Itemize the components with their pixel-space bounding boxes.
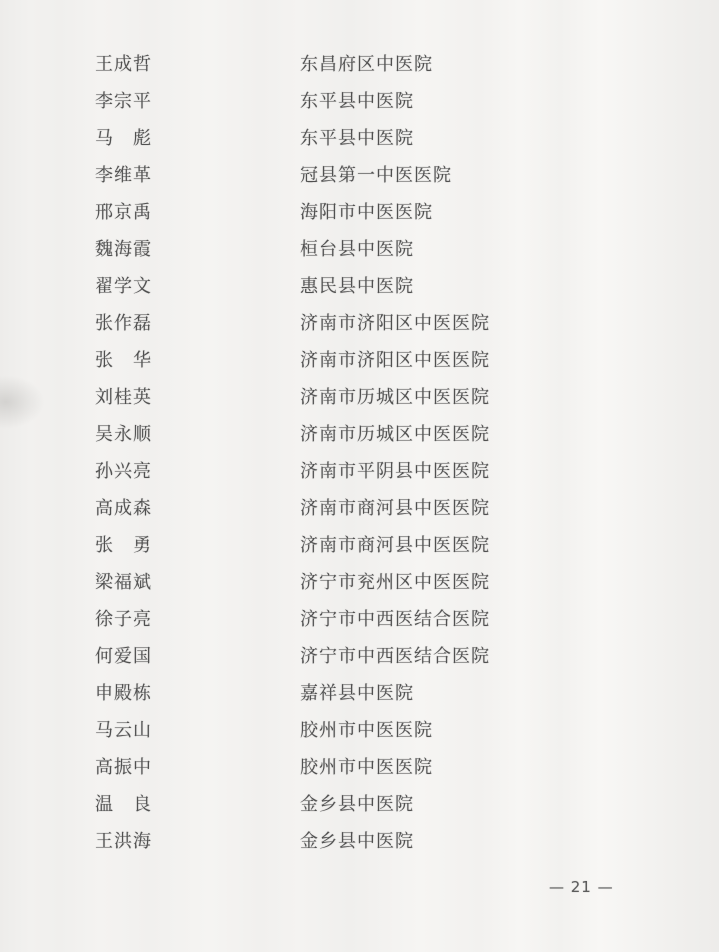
person-name: 张作磊	[95, 309, 300, 335]
hospital-name: 嘉祥县中医院	[300, 679, 719, 705]
table-row: 翟学文 惠民县中医院	[0, 266, 719, 303]
hospital-name: 冠县第一中医医院	[300, 161, 719, 187]
hospital-name: 济南市商河县中医医院	[300, 494, 719, 520]
table-row: 张 华 济南市济阳区中医医院	[0, 340, 719, 377]
table-row: 温 良 金乡县中医院	[0, 784, 719, 821]
table-row: 李维革 冠县第一中医医院	[0, 155, 719, 192]
person-name: 申殿栋	[95, 679, 300, 705]
person-name: 李维革	[95, 161, 300, 187]
person-name: 张 勇	[95, 531, 300, 557]
table-row: 徐子亮 济宁市中西医结合医院	[0, 599, 719, 636]
hospital-name: 济南市济阳区中医医院	[300, 346, 719, 372]
person-name: 刘桂英	[95, 383, 300, 409]
scanned-document-page: 王成哲 东昌府区中医院 李宗平 东平县中医院 马 彪 东平县中医院 李维革 冠县…	[0, 0, 719, 952]
person-name: 高振中	[95, 753, 300, 779]
person-name: 何爱国	[95, 642, 300, 668]
table-row: 邢京禹 海阳市中医医院	[0, 192, 719, 229]
hospital-name: 济南市济阳区中医医院	[300, 309, 719, 335]
hospital-name: 桓台县中医院	[300, 235, 719, 261]
name-hospital-list: 王成哲 东昌府区中医院 李宗平 东平县中医院 马 彪 东平县中医院 李维革 冠县…	[0, 44, 719, 858]
person-name: 梁福斌	[95, 568, 300, 594]
table-row: 马 彪 东平县中医院	[0, 118, 719, 155]
person-name: 魏海霞	[95, 235, 300, 261]
table-row: 何爱国 济宁市中西医结合医院	[0, 636, 719, 673]
table-row: 张 勇 济南市商河县中医医院	[0, 525, 719, 562]
hospital-name: 济南市商河县中医医院	[300, 531, 719, 557]
hospital-name: 惠民县中医院	[300, 272, 719, 298]
page-number: — 21 —	[549, 878, 614, 896]
table-row: 王洪海 金乡县中医院	[0, 821, 719, 858]
table-row: 李宗平 东平县中医院	[0, 81, 719, 118]
person-name: 温 良	[95, 790, 300, 816]
table-row: 刘桂英 济南市历城区中医医院	[0, 377, 719, 414]
hospital-name: 济南市历城区中医医院	[300, 420, 719, 446]
table-row: 马云山 胶州市中医医院	[0, 710, 719, 747]
hospital-name: 金乡县中医院	[300, 827, 719, 853]
hospital-name: 东平县中医院	[300, 124, 719, 150]
table-row: 申殿栋 嘉祥县中医院	[0, 673, 719, 710]
hospital-name: 胶州市中医医院	[300, 753, 719, 779]
hospital-name: 东昌府区中医院	[300, 50, 719, 76]
person-name: 马云山	[95, 716, 300, 742]
table-row: 梁福斌 济宁市兖州区中医医院	[0, 562, 719, 599]
person-name: 吴永顺	[95, 420, 300, 446]
person-name: 马 彪	[95, 124, 300, 150]
hospital-name: 胶州市中医医院	[300, 716, 719, 742]
hospital-name: 济南市平阴县中医医院	[300, 457, 719, 483]
person-name: 高成森	[95, 494, 300, 520]
hospital-name: 海阳市中医医院	[300, 198, 719, 224]
person-name: 孙兴亮	[95, 457, 300, 483]
person-name: 翟学文	[95, 272, 300, 298]
person-name: 张 华	[95, 346, 300, 372]
table-row: 王成哲 东昌府区中医院	[0, 44, 719, 81]
table-row: 孙兴亮 济南市平阴县中医医院	[0, 451, 719, 488]
hospital-name: 济南市历城区中医医院	[300, 383, 719, 409]
hospital-name: 济宁市中西医结合医院	[300, 605, 719, 631]
hospital-name: 济宁市兖州区中医医院	[300, 568, 719, 594]
person-name: 邢京禹	[95, 198, 300, 224]
table-row: 高振中 胶州市中医医院	[0, 747, 719, 784]
hospital-name: 金乡县中医院	[300, 790, 719, 816]
hospital-name: 东平县中医院	[300, 87, 719, 113]
hospital-name: 济宁市中西医结合医院	[300, 642, 719, 668]
person-name: 徐子亮	[95, 605, 300, 631]
person-name: 王洪海	[95, 827, 300, 853]
table-row: 高成森 济南市商河县中医医院	[0, 488, 719, 525]
person-name: 李宗平	[95, 87, 300, 113]
table-row: 魏海霞 桓台县中医院	[0, 229, 719, 266]
person-name: 王成哲	[95, 50, 300, 76]
table-row: 张作磊 济南市济阳区中医医院	[0, 303, 719, 340]
table-row: 吴永顺 济南市历城区中医医院	[0, 414, 719, 451]
